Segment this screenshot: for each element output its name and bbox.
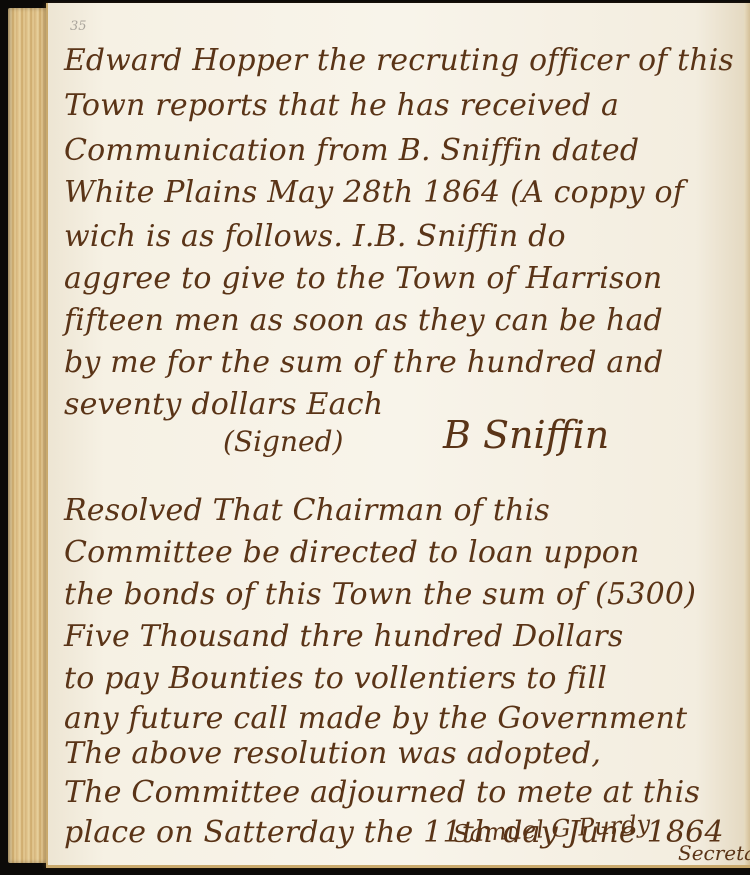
handwritten-line: wich is as follows. I.B. Sniffin do — [64, 219, 566, 254]
handwritten-line: Town reports that he has received a — [64, 88, 619, 123]
handwritten-line: The above resolution was adopted, — [64, 736, 601, 771]
handwritten-line: to pay Bounties to vollentiers to fill — [64, 661, 607, 696]
handwritten-line: fifteen men as soon as they can be had — [64, 303, 663, 338]
handwritten-line: Five Thousand thre hundred Dollars — [64, 619, 623, 654]
handwritten-line: aggree to give to the Town of Harrison — [64, 261, 662, 296]
handwritten-line: Committee be directed to loan uppon — [64, 535, 640, 570]
ledger-page: 35 Edward Hopper the recruting officer o… — [46, 3, 750, 868]
signed-label: (Signed) — [223, 425, 343, 458]
ledger-book: 35 Edward Hopper the recruting officer o… — [0, 0, 750, 875]
signatory-name: B Sniffin — [443, 413, 609, 457]
handwritten-line: by me for the sum of thre hundred and — [64, 345, 663, 380]
handwritten-line: Edward Hopper the recruting officer of t… — [64, 43, 734, 78]
page-edge — [744, 3, 750, 865]
handwritten-line: any future call made by the Government — [64, 701, 687, 736]
handwritten-line: White Plains May 28th 1864 (A coppy of — [64, 175, 684, 210]
handwritten-line: The Committee adjourned to mete at this — [64, 775, 700, 810]
handwritten-line: Communication from B. Sniffin dated — [64, 133, 639, 168]
handwritten-line: the bonds of this Town the sum of (5300) — [64, 577, 696, 612]
page-number: 35 — [70, 19, 87, 34]
handwritten-line: seventy dollars Each — [64, 387, 383, 422]
handwritten-line: Resolved That Chairman of this — [64, 493, 550, 528]
secretary-title: Secretary — [678, 841, 750, 865]
